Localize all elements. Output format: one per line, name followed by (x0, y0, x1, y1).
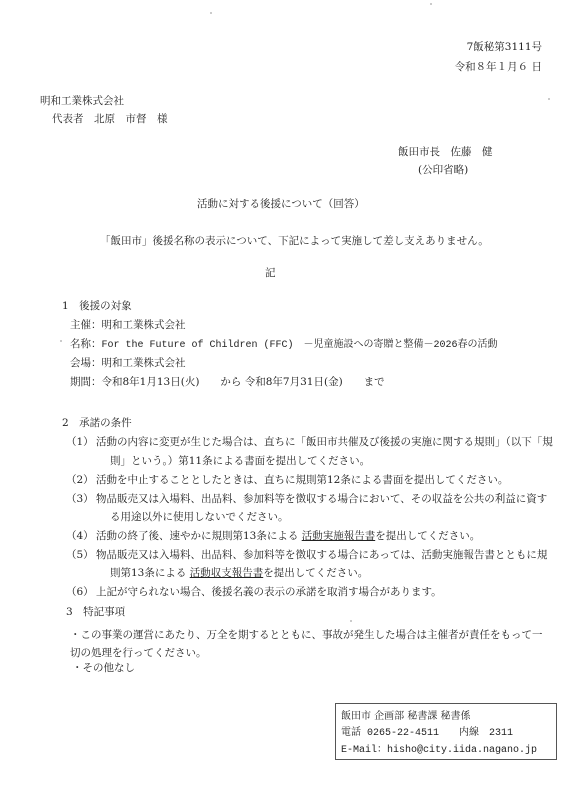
condition-5-number: （5） (66, 550, 94, 561)
organizer: 主催：明和工業株式会社 (70, 320, 186, 331)
scan-speck (350, 620, 352, 622)
condition-2-number: （2） (66, 475, 94, 486)
seal-note: (公印省略) (418, 165, 468, 176)
condition-5-text: 則第13条による (110, 567, 190, 579)
sender-name: 飯田市長 佐藤 健 (398, 147, 493, 158)
section1-heading: 1 後援の対象 (62, 301, 132, 312)
condition-5-text-end: を提出してください。 (263, 567, 368, 579)
scan-speck (548, 98, 550, 100)
condition-6-number: （6） (66, 587, 94, 598)
condition-4-number: （4） (66, 531, 94, 542)
scan-speck (60, 340, 62, 342)
ki-label: 記 (265, 268, 276, 279)
condition-4-text: 活動の終了後、速やかに規則第13条による (96, 530, 302, 542)
condition-4-text-end: を提出してください。 (375, 530, 480, 542)
period: 期間：令和8年1月13日(火) から 令和8年7月31日(金) まで (70, 377, 385, 388)
scan-speck (430, 3, 432, 5)
contact-department: 飯田市 企画部 秘書課 秘書係 (341, 708, 556, 725)
recipient-company: 明和工業株式会社 (40, 96, 124, 107)
recipient-representative: 代表者 北原 市督 様 (52, 114, 168, 125)
condition-4-line1: 活動の終了後、速やかに規則第13条による 活動実施報告書を提出してください。 (96, 531, 480, 542)
section3-heading: 3 特記事項 (66, 607, 125, 618)
event-name: 名称：For the Future of Children (FFC) －児童施… (70, 339, 498, 351)
condition-3-line1: 物品販売又は入場料、出品料、参加料等を徴収する場合において、その収益を公共の利益… (96, 494, 547, 505)
activity-report-link: 活動実施報告書 (302, 530, 376, 542)
section2-heading: 2 承諾の条件 (62, 418, 132, 429)
scan-speck (500, 748, 502, 750)
special-note-1-line2: 切の処理を行ってください。 (70, 648, 207, 659)
contact-box: 飯田市 企画部 秘書課 秘書係 電話 0265-22-4511 内線 2311 … (335, 703, 557, 760)
condition-1-line1: 活動の内容に変更が生じた場合は、直ちに「飯田市共催及び後援の実施に関する規則」（… (96, 437, 553, 448)
condition-3-line2: る用途以外に使用しないでください。 (110, 512, 289, 523)
intro-text: 「飯田市」後援名称の表示について、下記によって実施して差し支えありません。 (100, 236, 489, 247)
income-expense-report-link: 活動収支報告書 (190, 567, 264, 579)
special-note-2: ・その他なし (72, 663, 135, 674)
condition-2-line1: 活動を中止することとしたときは、直ちに規則第12条による書面を提出してください。 (96, 475, 508, 486)
scan-speck (210, 12, 212, 14)
condition-3-number: （3） (66, 494, 94, 505)
document-title: 活動に対する後援について（回答） (197, 199, 365, 210)
event-name-value: For the Future of Children (FFC) －児童施設への… (102, 340, 498, 351)
contact-email: E-Mail：hisho@city.iida.nagano.jp (341, 742, 556, 759)
document-number: 7飯秘第3111号 (467, 42, 542, 53)
special-note-1-line1: ・この事業の運営にあたり、万全を期するとともに、事故が発生した場合は主催者が責任… (70, 630, 543, 641)
event-name-label: 名称： (70, 338, 102, 350)
condition-6-line1: 上記が守られない場合、後援名義の表示の承諾を取消す場合があります。 (96, 587, 442, 598)
document-date: 令和８年１月６ 日 (455, 62, 542, 73)
contact-phone: 電話 0265-22-4511 内線 2311 (341, 725, 556, 742)
venue: 会場：明和工業株式会社 (70, 358, 186, 369)
condition-1-number: （1） (66, 437, 94, 448)
condition-5-line2: 則第13条による 活動収支報告書を提出してください。 (110, 568, 368, 579)
condition-1-line2: 則」という。）第11条による書面を提出してください。 (110, 456, 370, 467)
condition-5-line1: 物品販売又は入場料、出品料、参加料等を徴収する場合にあっては、活動実施報告書とと… (96, 550, 547, 561)
